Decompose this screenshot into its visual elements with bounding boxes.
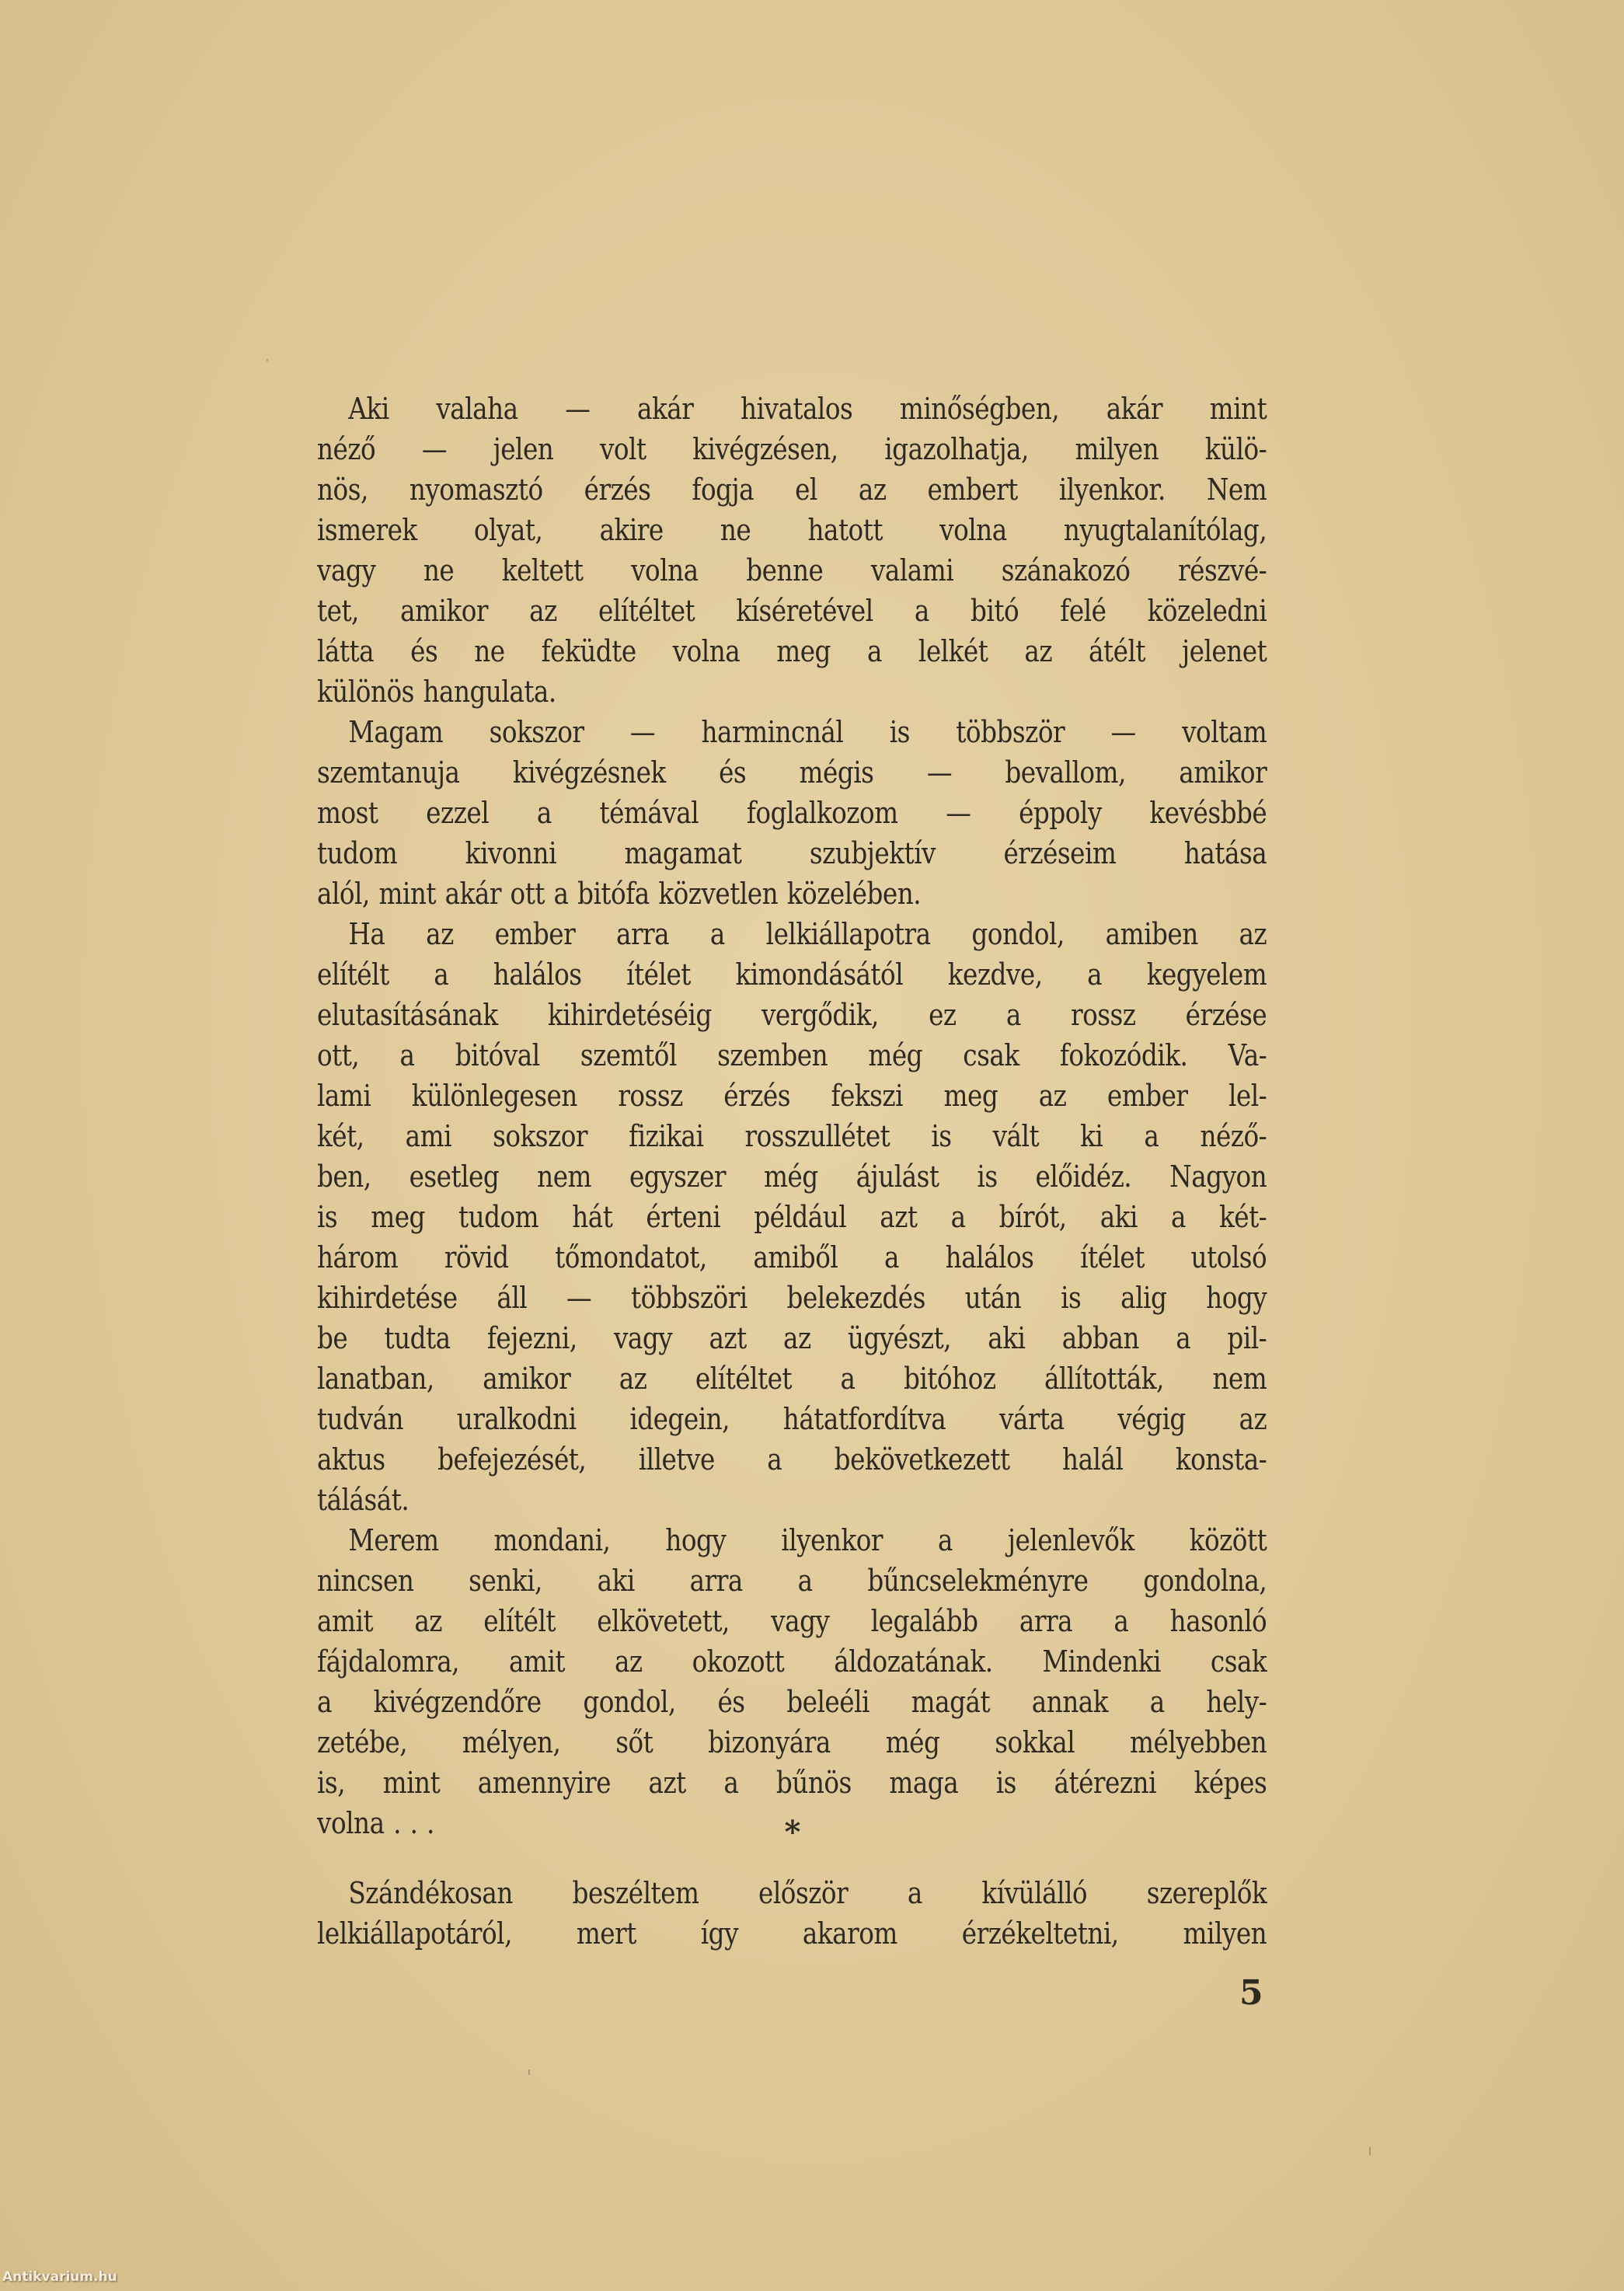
text-line: nös, nyomasztó érzés fogja el az embert … [317,469,1267,510]
text-line: három rövid tőmondatot, amiből a halálos… [317,1237,1267,1278]
text-line: most ezzel a témával foglalkozom — éppol… [317,793,1267,833]
text-line: elutasításának kihirdetéséig vergődik, e… [317,995,1267,1035]
text-line: látta és ne feküdte volna meg a lelkét a… [317,631,1267,671]
text-line: lanatban, amikor az elítéltet a bitóhoz … [317,1358,1267,1399]
text-line: is, mint amennyire azt a bűnös maga is á… [317,1763,1267,1803]
text-line: lelkiállapotáról, mert így akarom érzéke… [317,1913,1267,1954]
text-line: Szándékosan beszéltem először a kívüláll… [317,1873,1267,1913]
text-line: tudom kivonni magamat szubjektív érzései… [317,833,1267,874]
text-line: zetébe, mélyen, sőt bizonyára még sokkal… [317,1722,1267,1763]
text-line: ben, esetleg nem egyszer még ájulást is … [317,1156,1267,1197]
text-line: néző — jelen volt kivégzésen, igazolhatj… [317,429,1267,469]
text-line: Ha az ember arra a lelkiállapotra gondol… [317,914,1267,954]
text-line: Magam sokszor — harmincnál is többször —… [317,712,1267,752]
text-line: nincsen senki, aki arra a bűncselekményr… [317,1560,1267,1601]
paper-speck [528,2070,530,2075]
text-line: elítélt a halálos ítélet kimondásától ke… [317,954,1267,995]
paper-speck [1369,2147,1371,2155]
page-number: 5 [1239,1974,1263,2013]
text-line: szemtanuja kivégzésnek és mégis — bevall… [317,752,1267,793]
text-line: amit az elítélt elkövetett, vagy legaláb… [317,1601,1267,1641]
text-line: tudván uralkodni idegein, hátatfordítva … [317,1399,1267,1439]
text-line: tálását. [317,1480,1267,1520]
section-break-asterisk: * [777,1817,808,1848]
body-text-continued: Szándékosan beszéltem először a kívüláll… [317,1873,1267,1954]
text-line: ismerek olyat, akire ne hatott volna nyu… [317,510,1267,550]
watermark-logo: Antikvarium.hu [2,2269,117,2285]
text-line: két, ami sokszor fizikai rosszullétet is… [317,1116,1267,1156]
text-line: lami különlegesen rossz érzés fekszi meg… [317,1076,1267,1116]
text-line: is meg tudom hát érteni például azt a bí… [317,1197,1267,1237]
text-line: Merem mondani, hogy ilyenkor a jelenlevő… [317,1520,1267,1560]
text-line: alól, mint akár ott a bitófa közvetlen k… [317,874,1267,914]
body-text: Aki valaha — akár hivatalos minőségben, … [317,389,1267,1843]
text-line: aktus befejezését, illetve a bekövetkeze… [317,1439,1267,1480]
text-line: a kivégzendőre gondol, és beleéli magát … [317,1682,1267,1722]
text-line: ott, a bitóval szemtől szemben még csak … [317,1035,1267,1076]
text-line: be tudta fejezni, vagy azt az ügyészt, a… [317,1318,1267,1358]
book-page: Aki valaha — akár hivatalos minőségben, … [0,0,1624,2291]
text-line: vagy ne keltett volna benne valami szána… [317,550,1267,591]
text-line: fájdalomra, amit az okozott áldozatának.… [317,1641,1267,1682]
text-line: tet, amikor az elítéltet kíséretével a b… [317,591,1267,631]
paper-speck [267,359,268,361]
text-line: Aki valaha — akár hivatalos minőségben, … [317,389,1267,429]
text-line: különös hangulata. [317,671,1267,712]
text-line: kihirdetése áll — többszöri belekezdés u… [317,1278,1267,1318]
